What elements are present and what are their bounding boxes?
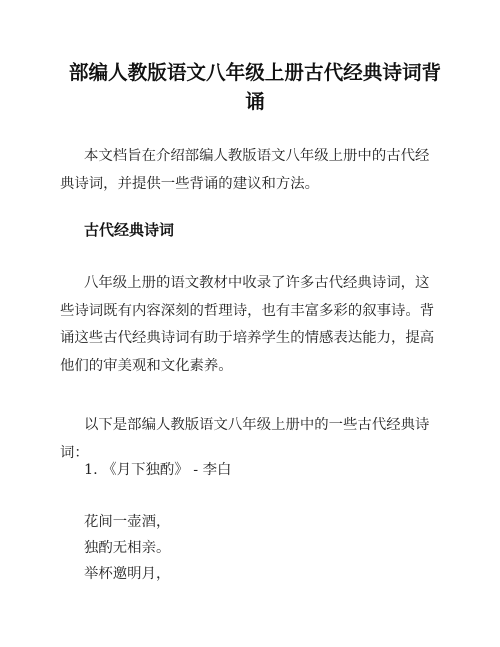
document-title: 部编人教版语文八年级上册古代经典诗词背诵: [60, 58, 450, 116]
poem-heading: 1. 《月下独酌》 - 李白: [84, 460, 231, 480]
poem-line: 举杯邀明月，: [84, 564, 170, 584]
section-paragraph: 八年级上册的语文教材中收录了许多古代经典诗词，这些诗词既有内容深刻的哲理诗，也有…: [60, 270, 438, 380]
poem-line: 花间一壶酒，: [84, 512, 170, 532]
list-intro: 以下是部编人教版语文八年级上册中的一些古代经典诗词：: [60, 412, 438, 467]
section-heading: 古代经典诗词: [84, 219, 174, 241]
intro-paragraph: 本文档旨在介绍部编人教版语文八年级上册中的古代经典诗词，并提供一些背诵的建议和方…: [60, 143, 438, 198]
document-page: 部编人教版语文八年级上册古代经典诗词背诵 本文档旨在介绍部编人教版语文八年级上册…: [0, 0, 500, 647]
poem-line: 独酌无相亲。: [84, 538, 170, 558]
